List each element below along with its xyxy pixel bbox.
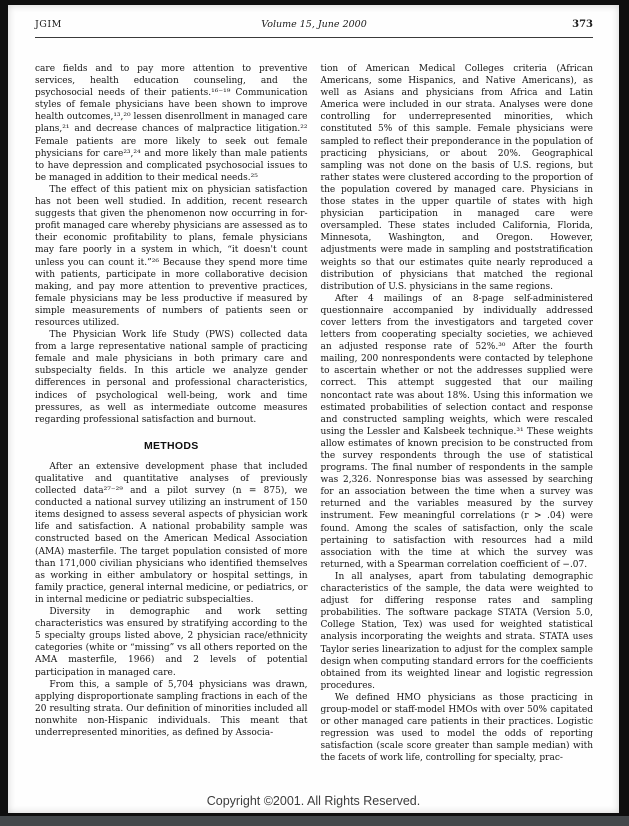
scanner-bottom-bar [0,816,629,826]
paragraph: Diversity in demographic and work settin… [35,606,308,679]
scanned-document-frame: JGIM Volume 15, June 2000 373 care field… [0,0,629,826]
header-divider [35,37,593,38]
paragraph: From this, a sample of 5,704 physicians … [35,679,308,739]
copyright-notice: Copyright ©2001. All Rights Reserved. [207,794,420,808]
page-footer: Copyright ©2001. All Rights Reserved. [8,794,619,808]
paragraph: The effect of this patient mix on physic… [35,184,308,329]
paragraph: After an extensive development phase tha… [35,461,308,606]
paragraph: tion of American Medical Colleges criter… [321,63,594,293]
paragraph: In all analyses, apart from tabulating d… [321,571,594,692]
article-body: care fields and to pay more attention to… [35,63,593,781]
paragraph: After 4 mailings of an 8-page self-admin… [321,293,594,571]
page-header: JGIM Volume 15, June 2000 373 [35,14,593,30]
methods-section-heading: METHODS [35,440,308,452]
paragraph: The Physician Work life Study (PWS) coll… [35,329,308,426]
journal-page: JGIM Volume 15, June 2000 373 care field… [8,5,619,813]
paragraph: We defined HMO physicians as those pract… [321,692,594,765]
journal-abbreviation: JGIM [35,19,175,30]
issue-info: Volume 15, June 2000 [175,19,454,30]
page-number: 373 [454,19,594,30]
right-column: tion of American Medical Colleges criter… [321,63,594,781]
left-column: care fields and to pay more attention to… [35,63,308,781]
paragraph: care fields and to pay more attention to… [35,63,308,184]
